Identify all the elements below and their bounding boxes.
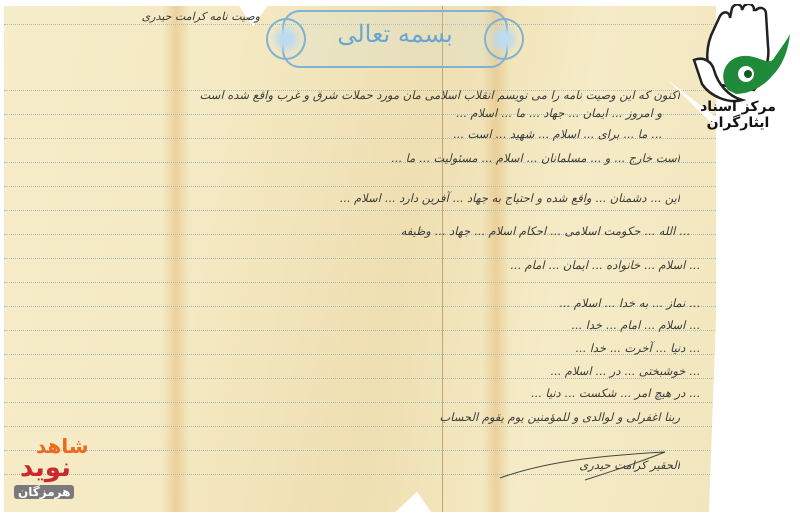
handwritten-line: ... در هیچ امر ... شکست ... دنیا ... <box>20 386 700 400</box>
ruled-line <box>4 378 716 379</box>
handwritten-line: ... اسلام ... امام ... خدا ... <box>20 318 700 332</box>
handwritten-line: ... ما ... برای ... اسلام ... شهید ... ا… <box>12 127 662 141</box>
signature: الحقیر کرامت حیدری <box>540 458 680 472</box>
navid-shahed-logo-region: هرمزگان <box>14 485 74 499</box>
handwritten-line: این ... دشمنان ... واقع شده و احتیاج به … <box>20 191 680 205</box>
handwritten-line: ... دنیا ... آخرت ... خدا ... <box>20 341 700 355</box>
handwritten-line: ... اسلام ... خانواده ... ایمان ... امام… <box>40 258 700 272</box>
handwritten-line: ... نماز ... به خدا ... اسلام ... <box>40 296 700 310</box>
isargaran-logo-text: مرکز اسناد ایثارگران <box>676 99 800 131</box>
ruled-line <box>4 210 716 211</box>
ruled-line <box>4 402 716 403</box>
handwritten-line: است خارج ... و ... مسلمانان ... اسلام ..… <box>20 151 680 165</box>
ruled-line <box>4 282 716 283</box>
top-note: وصیت نامه کرامت حیدری <box>90 10 260 23</box>
handwritten-line: ... الله ... حکومت اسلامی ... احکام اسلا… <box>20 224 690 238</box>
handwritten-line: ... خوشبختی ... در ... اسلام ... <box>20 364 700 378</box>
ruled-line <box>4 426 716 427</box>
closing-prayer: ربنا اغفرلی و لوالدی و للمؤمنین یوم یقوم… <box>300 410 680 424</box>
handwritten-line: اکنون که این وصیت نامه را می نویسم انقلا… <box>40 88 680 102</box>
navid-shahed-logo-line2: نوید <box>20 453 71 483</box>
handwritten-line: و امروز ... ایمان ... جهاد ... ما ... اس… <box>12 106 662 120</box>
bismillah-header: بسمه تعالی <box>282 10 508 68</box>
ruled-line <box>4 186 716 187</box>
header-text: بسمه تعالی <box>284 20 506 48</box>
